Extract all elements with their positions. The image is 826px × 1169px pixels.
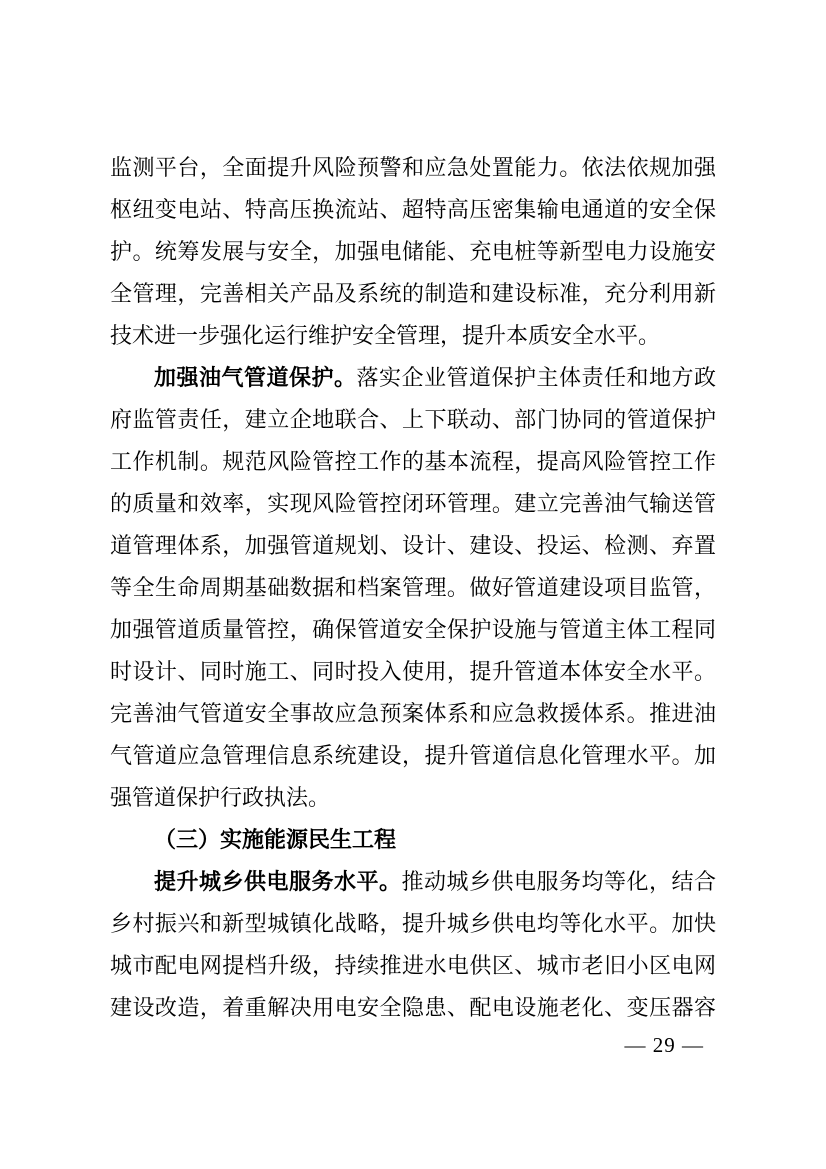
body-line: 建设改造，着重解决用电安全隐患、配电设施老化、变压器容 — [110, 987, 716, 1029]
body-line: 提升城乡供电服务水平。推动城乡供电服务均等化，结合 — [110, 861, 716, 903]
body-line: 枢纽变电站、特高压换流站、超特高压密集输电通道的安全保 — [110, 189, 716, 231]
body-line: 工作机制。规范风险管控工作的基本流程，提高风险管控工作 — [110, 441, 716, 483]
paragraph-text: 落实企业管道保护主体责任和地方政 — [357, 365, 716, 390]
document-body: 监测平台，全面提升风险预警和应急处置能力。依法依规加强 枢纽变电站、特高压换流站… — [110, 147, 716, 1029]
body-line: 监测平台，全面提升风险预警和应急处置能力。依法依规加强 — [110, 147, 716, 189]
section-heading: （三）实施能源民生工程 — [110, 819, 716, 861]
body-line: 加强油气管道保护。落实企业管道保护主体责任和地方政 — [110, 357, 716, 399]
body-line: 完善油气管道安全事故应急预案体系和应急救援体系。推进油 — [110, 693, 716, 735]
page-number: — 29 — — [625, 1031, 705, 1059]
body-line: 全管理，完善相关产品及系统的制造和建设标准，充分利用新 — [110, 273, 716, 315]
body-line: 强管道保护行政执法。 — [110, 777, 716, 819]
body-line: 府监管责任，建立企地联合、上下联动、部门协同的管道保护 — [110, 399, 716, 441]
paragraph-text: 推动城乡供电服务均等化，结合 — [402, 869, 716, 894]
body-line: 时设计、同时施工、同时投入使用，提升管道本体安全水平。 — [110, 651, 716, 693]
body-line: 护。统筹发展与安全，加强电储能、充电桩等新型电力设施安 — [110, 231, 716, 273]
body-line: 的质量和效率，实现风险管控闭环管理。建立完善油气输送管 — [110, 483, 716, 525]
body-line: 气管道应急管理信息系统建设，提升管道信息化管理水平。加 — [110, 735, 716, 777]
body-line: 加强管道质量管控，确保管道安全保护设施与管道主体工程同 — [110, 609, 716, 651]
body-line: 乡村振兴和新型城镇化战略，提升城乡供电均等化水平。加快 — [110, 903, 716, 945]
body-line: 等全生命周期基础数据和档案管理。做好管道建设项目监管， — [110, 567, 716, 609]
paragraph-lead: 加强油气管道保护。 — [154, 365, 357, 390]
paragraph-lead: 提升城乡供电服务水平。 — [154, 869, 402, 894]
body-line: 城市配电网提档升级，持续推进水电供区、城市老旧小区电网 — [110, 945, 716, 987]
body-line: 道管理体系，加强管道规划、设计、建设、投运、检测、弃置 — [110, 525, 716, 567]
body-line: 技术进一步强化运行维护安全管理，提升本质安全水平。 — [110, 315, 716, 357]
document-page: 监测平台，全面提升风险预警和应急处置能力。依法依规加强 枢纽变电站、特高压换流站… — [0, 0, 826, 1169]
